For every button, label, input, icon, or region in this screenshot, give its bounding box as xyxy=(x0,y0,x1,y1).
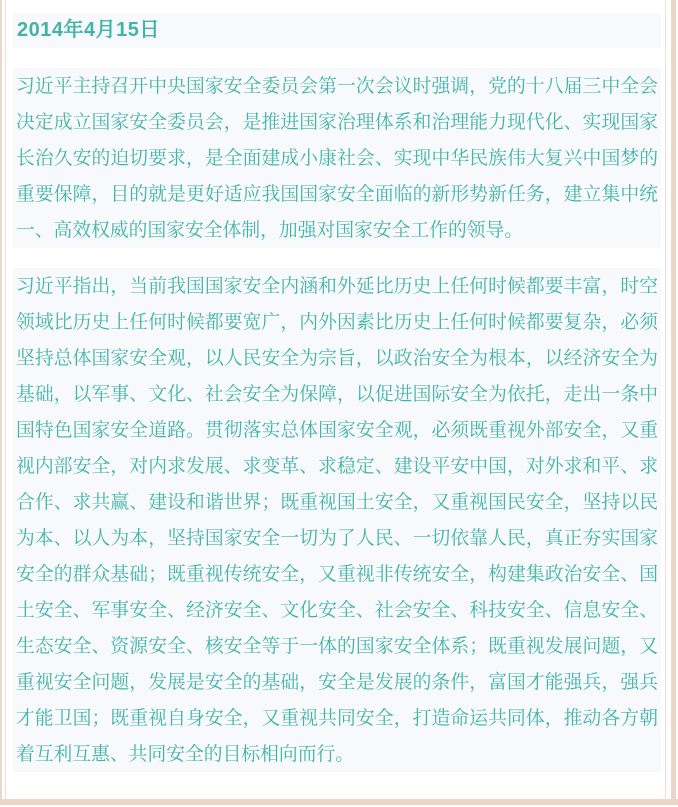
page-frame-right-inner xyxy=(665,0,666,799)
date-heading: 2014年4月15日 xyxy=(13,13,661,48)
article-paragraph-1: 习近平主持召开中央国家安全委员会第一次会议时强调，党的十八届三中全会决定成立国家… xyxy=(13,68,661,248)
article-paragraph-2: 习近平指出，当前我国国家安全内涵和外延比历史上任何时候都要丰富，时空领域比历史上… xyxy=(13,268,661,772)
page-frame-right-outer xyxy=(671,0,676,805)
article-content: 2014年4月15日 习近平主持召开中央国家安全委员会第一次会议时强调，党的十八… xyxy=(13,13,661,772)
page-frame-bottom-bar xyxy=(0,799,678,805)
page-frame-left-outer xyxy=(0,0,2,805)
page-frame-left-inner xyxy=(5,0,6,799)
article-page: { "document": { "date_heading": "2014年4月… xyxy=(0,0,678,807)
